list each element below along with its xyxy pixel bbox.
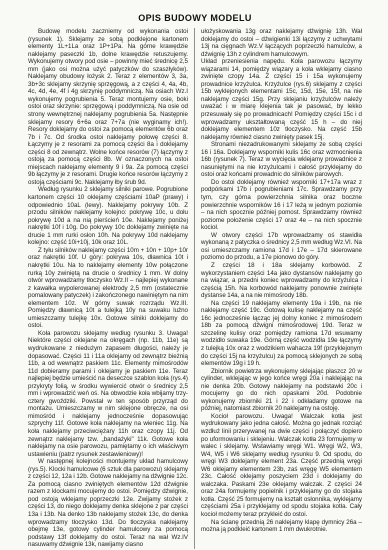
paragraph: W następnej kolejności montujemy układ h… <box>28 458 188 549</box>
paragraph: Z części 18 i 18a sklejamy korbowód. Z w… <box>201 262 362 300</box>
paragraph: Koła parowozu sklejamy według rysunku 3.… <box>28 330 188 458</box>
paragraph: Układ przeniesienia napędu. Koła parowoz… <box>201 58 362 141</box>
paragraph: Na części 19 naklejamy elementy 19a i 19… <box>201 300 362 368</box>
left-column: Budowę modelu zaczniemy od wykonania ost… <box>28 28 195 549</box>
two-column-layout: Budowę modelu zaczniemy od wykonania ost… <box>28 28 362 549</box>
paragraph: Budowę modelu zaczniemy od wykonania ost… <box>28 28 188 186</box>
scanned-document-page: OPIS BUDOWY MODELU Budowę modelu zacznie… <box>0 0 388 550</box>
paragraph: ułożyskowania 13g oraz naklejamy dźwigni… <box>201 28 362 58</box>
page-title: OPIS BUDOWY MODELU <box>28 13 362 23</box>
paragraph: Na ścianę przednią 26 naklejamy klapę dy… <box>201 519 362 534</box>
paragraph: Według rysunku 2 sklejamy silniki parowe… <box>28 186 188 246</box>
paragraph: Zbiornik powietrza wykonujemy sklejając … <box>201 368 362 413</box>
paragraph: Kocioł parowozu. Uwaga! Walczak kotła je… <box>201 413 362 519</box>
paragraph: Z tyłu silników naklejamy części 10m + 1… <box>28 247 188 330</box>
paragraph: Stronami niezadrukowanymi sklejamy ze so… <box>201 141 362 179</box>
paragraph: W otwory części 17b wprowadzamy oś stawi… <box>201 232 362 262</box>
paragraph: Do ostoi doklejamy również wsporniki 17+… <box>201 179 362 232</box>
right-column: ułożyskowania 13g oraz naklejamy dźwigni… <box>195 28 362 549</box>
